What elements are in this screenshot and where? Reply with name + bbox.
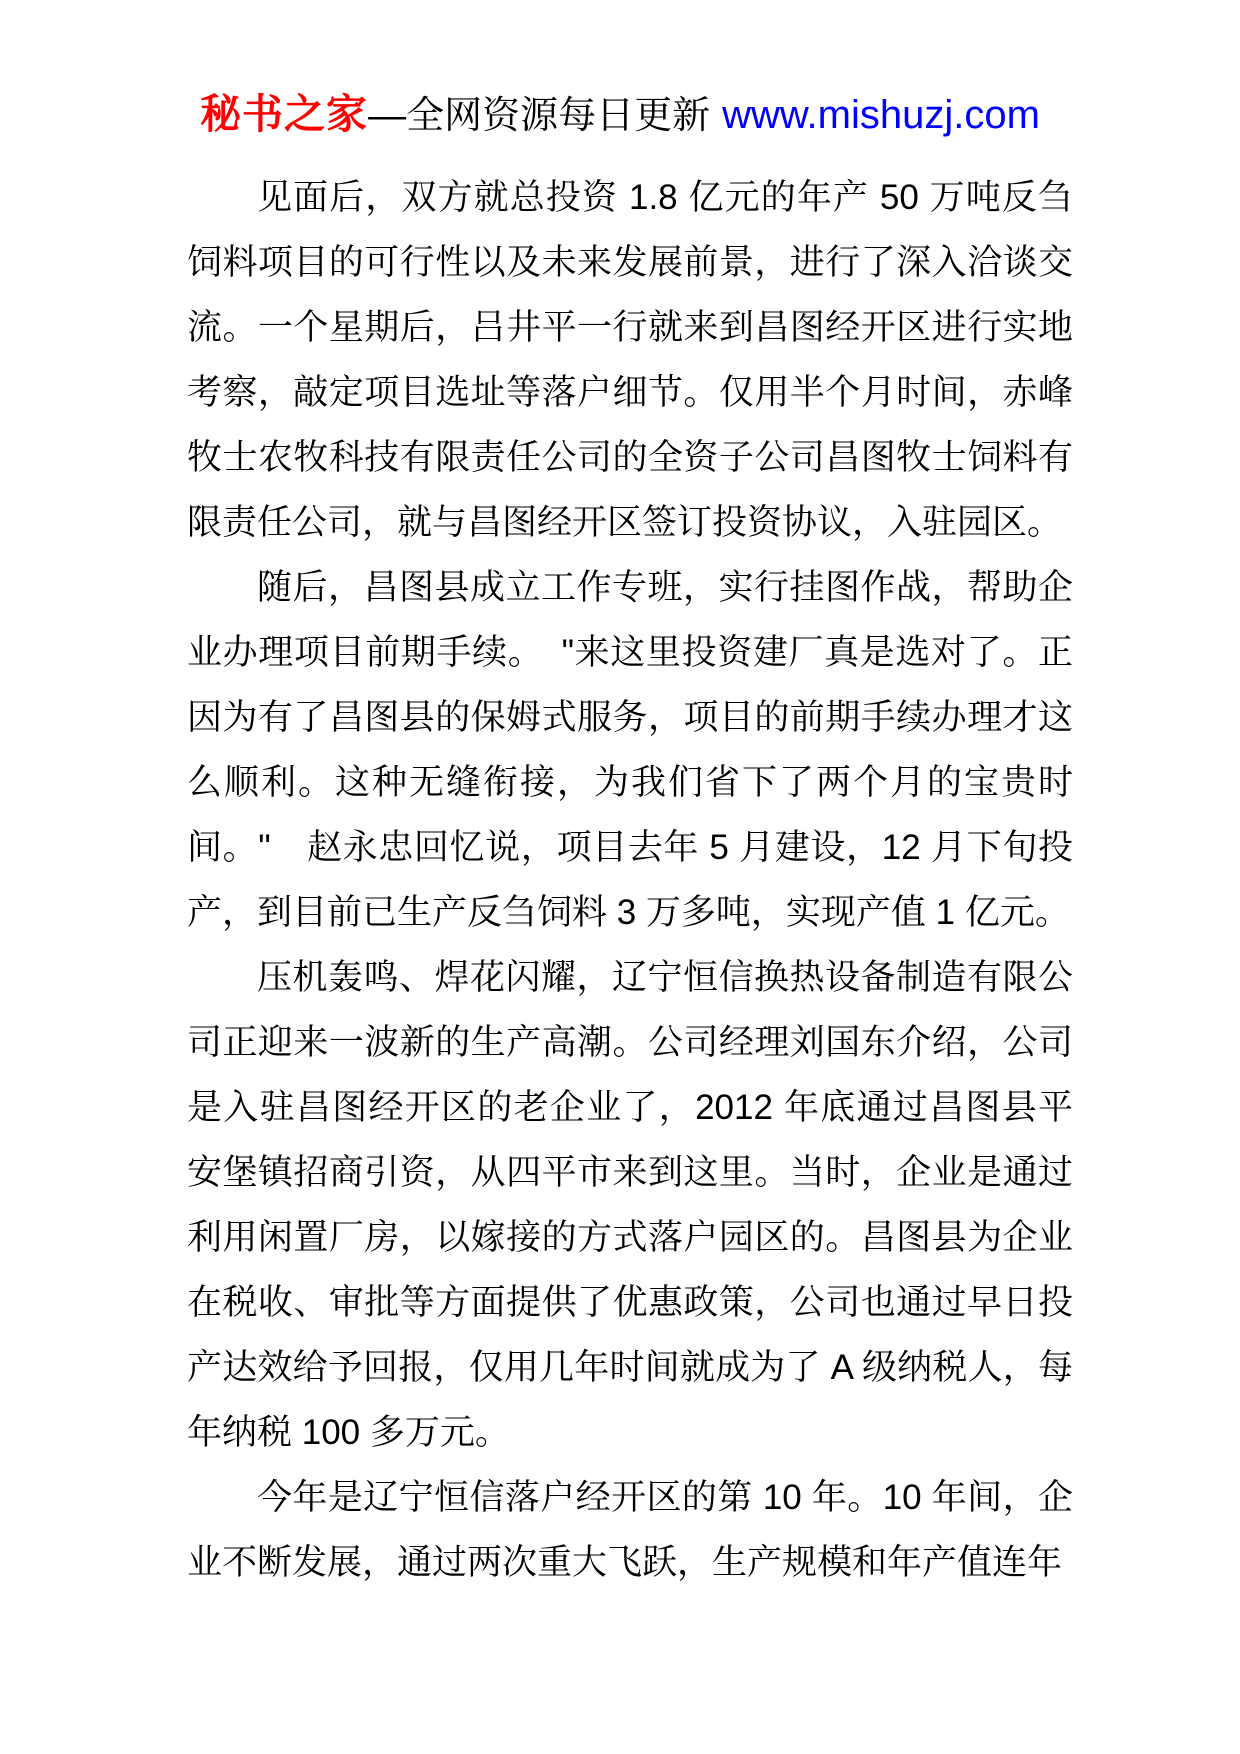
site-header: 秘书之家—全网资源每日更新www.mishuzj.com: [0, 0, 1240, 150]
paragraph-3: 压机轰鸣、焊花闪耀，辽宁恒信换热设备制造有限公司正迎来一波新的生产高潮。公司经理…: [187, 945, 1073, 1465]
site-url-link[interactable]: www.mishuzj.com: [722, 93, 1040, 137]
document-body: 见面后，双方就总投资 1.8 亿元的年产 50 万吨反刍饲料项目的可行性以及未来…: [187, 165, 1073, 1595]
brand-name: 秘书之家: [200, 91, 368, 137]
document-page: 秘书之家—全网资源每日更新www.mishuzj.com 见面后，双方就总投资 …: [0, 0, 1240, 1754]
paragraph-4: 今年是辽宁恒信落户经开区的第 10 年。10 年间，企业不断发展，通过两次重大飞…: [187, 1465, 1073, 1595]
paragraph-2: 随后，昌图县成立工作专班，实行挂图作战，帮助企业办理项目前期手续。 "来这里投资…: [187, 555, 1073, 945]
paragraph-1: 见面后，双方就总投资 1.8 亿元的年产 50 万吨反刍饲料项目的可行性以及未来…: [187, 165, 1073, 555]
site-tagline: 全网资源每日更新: [406, 95, 710, 137]
brand-separator: —: [368, 95, 406, 137]
